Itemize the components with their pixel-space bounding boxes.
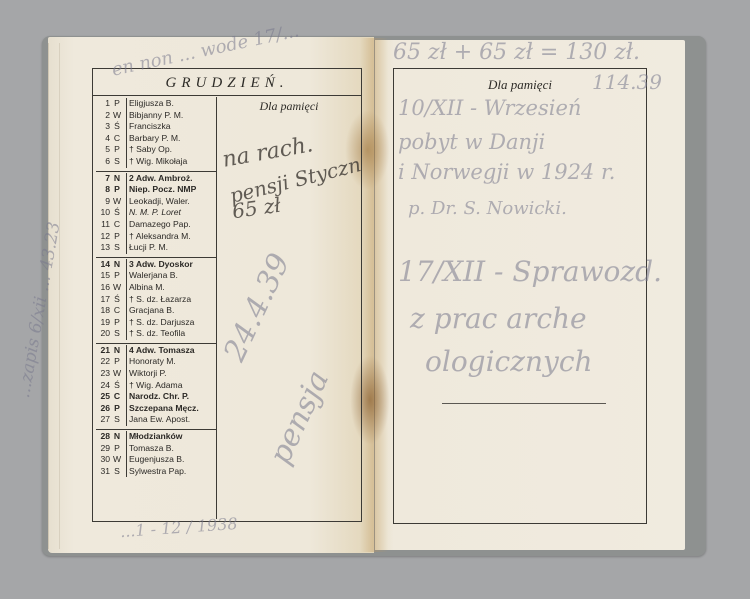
- calendar-day-row: 25CNarodz. Chr. P.: [96, 391, 216, 403]
- saint-name: † Saby Op.: [129, 144, 172, 156]
- saint-name: 2 Adw. Ambroż.: [129, 173, 193, 185]
- day-number: 1: [96, 98, 110, 110]
- calendar-day-row: 20S† S. dz. Teofila: [96, 328, 216, 340]
- column-divider: [126, 133, 127, 145]
- weekday-letter: C: [110, 219, 124, 231]
- column-divider: [126, 403, 127, 415]
- column-divider: [126, 431, 127, 443]
- weekday-letter: C: [110, 305, 124, 317]
- column-divider: [126, 184, 127, 196]
- column-divider: [126, 98, 127, 110]
- column-divider: [126, 454, 127, 466]
- saint-name: Jana Ew. Apost.: [129, 414, 190, 426]
- calendar-table: GRUDZIEŃ. 1PEligjusza B.2WBibjanny P. M.…: [92, 68, 362, 522]
- day-number: 4: [96, 133, 110, 145]
- day-number: 11: [96, 219, 110, 231]
- saint-name: Damazego Pap.: [129, 219, 191, 231]
- saint-name: Walerjana B.: [129, 270, 178, 282]
- saint-name: Łucji P. M.: [129, 242, 168, 254]
- day-number: 17: [96, 294, 110, 306]
- saint-name: Sylwestra Pap.: [129, 466, 186, 478]
- weekday-letter: S: [110, 156, 124, 168]
- day-number: 27: [96, 414, 110, 426]
- day-number: 6: [96, 156, 110, 168]
- weekday-letter: Ś: [110, 121, 124, 133]
- day-number: 22: [96, 356, 110, 368]
- day-number: 9: [96, 196, 110, 208]
- weekday-letter: P: [110, 231, 124, 243]
- saint-name: Franciszka: [129, 121, 171, 133]
- saint-name: Honoraty M.: [129, 356, 176, 368]
- calendar-day-row: 29PTomasza B.: [96, 443, 216, 455]
- calendar-day-row: 23WWiktorji P.: [96, 368, 216, 380]
- weekday-letter: S: [110, 466, 124, 478]
- day-number: 3: [96, 121, 110, 133]
- calendar-day-row: 1PEligjusza B.: [96, 98, 216, 110]
- calendar-day-row: 16WAlbina M.: [96, 282, 216, 294]
- day-number: 26: [96, 403, 110, 415]
- saint-name: Eligjusza B.: [129, 98, 174, 110]
- day-number: 16: [96, 282, 110, 294]
- weekday-letter: P: [110, 443, 124, 455]
- column-divider: [126, 282, 127, 294]
- column-divider: [126, 380, 127, 392]
- column-divider: [126, 173, 127, 185]
- weekday-letter: W: [110, 196, 124, 208]
- weekday-letter: N: [110, 345, 124, 357]
- handwriting-line4: p. Dr. S. Nowicki.: [408, 198, 567, 219]
- calendar-day-row: 18CGracjana B.: [96, 305, 216, 317]
- day-number: 5: [96, 144, 110, 156]
- saint-name: Barbary P. M.: [129, 133, 180, 145]
- calendar-day-row: 31SSylwestra Pap.: [96, 466, 216, 478]
- saint-name: Tomasza B.: [129, 443, 174, 455]
- handwriting-line7: ologicznych: [425, 345, 593, 378]
- handwriting-line3: i Norwegji w 1924 r.: [398, 160, 615, 184]
- calendar-day-row: 27SJana Ew. Apost.: [96, 414, 216, 426]
- calendar-day-row: 12P† Aleksandra M.: [96, 231, 216, 243]
- weekday-letter: W: [110, 368, 124, 380]
- calendar-day-row: 5P† Saby Op.: [96, 144, 216, 156]
- day-number: 20: [96, 328, 110, 340]
- handwriting-line1: 10/XII - Wrzesień: [398, 96, 581, 120]
- calendar-day-row: 21N4 Adw. Tomasza: [96, 345, 216, 357]
- calendar-day-row: 30WEugenjusza B.: [96, 454, 216, 466]
- saint-name: Narodz. Chr. P.: [129, 391, 189, 403]
- weekday-letter: W: [110, 454, 124, 466]
- calendar-day-row: 8PNiep. Pocz. NMP: [96, 184, 216, 196]
- weekday-letter: Ś: [110, 294, 124, 306]
- column-divider: [126, 466, 127, 478]
- saint-name: † S. dz. Teofila: [129, 328, 185, 340]
- day-number: 24: [96, 380, 110, 392]
- calendar-day-row: 6S† Wig. Mikołaja: [96, 156, 216, 168]
- weekday-letter: C: [110, 133, 124, 145]
- column-divider: [126, 207, 127, 219]
- saint-name: † S. dz. Darjusza: [129, 317, 194, 329]
- day-number: 25: [96, 391, 110, 403]
- calendar-day-row: 4CBarbary P. M.: [96, 133, 216, 145]
- weekday-letter: P: [110, 144, 124, 156]
- calendar-day-row: 3ŚFranciszka: [96, 121, 216, 133]
- saint-name: Niep. Pocz. NMP: [129, 184, 196, 196]
- column-divider: [126, 219, 127, 231]
- memo-label: Dla pamięci: [217, 99, 361, 114]
- weekday-letter: P: [110, 98, 124, 110]
- saint-name: Wiktorji P.: [129, 368, 167, 380]
- weekday-letter: P: [110, 403, 124, 415]
- weekday-letter: S: [110, 328, 124, 340]
- weekday-letter: P: [110, 356, 124, 368]
- column-divider: [126, 270, 127, 282]
- column-divider: [126, 242, 127, 254]
- calendar-day-row: 17Ś† S. dz. Łazarza: [96, 294, 216, 306]
- column-divider: [126, 345, 127, 357]
- weekday-letter: P: [110, 317, 124, 329]
- weekday-letter: W: [110, 282, 124, 294]
- saint-name: 4 Adw. Tomasza: [129, 345, 195, 357]
- weekday-letter: N: [110, 431, 124, 443]
- calendar-week: 28NMłodzianków29PTomasza B.30WEugenjusza…: [96, 430, 216, 480]
- day-number: 8: [96, 184, 110, 196]
- day-number: 29: [96, 443, 110, 455]
- column-divider: [126, 294, 127, 306]
- column-divider: [126, 231, 127, 243]
- column-divider: [126, 144, 127, 156]
- day-number: 19: [96, 317, 110, 329]
- day-number: 13: [96, 242, 110, 254]
- calendar-day-row: 10ŚN. M. P. Loret: [96, 207, 216, 219]
- calendar-day-row: 28NMłodzianków: [96, 431, 216, 443]
- weekday-letter: Ś: [110, 380, 124, 392]
- calendar-day-row: 7N2 Adw. Ambroż.: [96, 173, 216, 185]
- column-divider: [126, 391, 127, 403]
- day-number: 18: [96, 305, 110, 317]
- calendar-day-row: 2WBibjanny P. M.: [96, 110, 216, 122]
- column-divider: [126, 443, 127, 455]
- calendar-day-row: 9WLeokadji, Waler.: [96, 196, 216, 208]
- handwriting-top-sum: 65 zł + 65 zł = 130 zł.: [393, 40, 640, 65]
- weekday-letter: P: [110, 270, 124, 282]
- weekday-letter: P: [110, 184, 124, 196]
- weekday-letter: W: [110, 110, 124, 122]
- saint-name: N. M. P. Loret: [129, 207, 181, 219]
- saint-name: † Wig. Adama: [129, 380, 183, 392]
- calendar-week: 7N2 Adw. Ambroż.8PNiep. Pocz. NMP9WLeoka…: [96, 172, 216, 258]
- day-number: 28: [96, 431, 110, 443]
- calendar-day-row: 11CDamazego Pap.: [96, 219, 216, 231]
- saint-name: † Wig. Mikołaja: [129, 156, 187, 168]
- day-number: 23: [96, 368, 110, 380]
- saint-name: Albina M.: [129, 282, 165, 294]
- days-column: 1PEligjusza B.2WBibjanny P. M.3ŚFrancisz…: [96, 97, 217, 519]
- saint-name: Gracjana B.: [129, 305, 174, 317]
- column-divider: [126, 368, 127, 380]
- weekday-letter: S: [110, 414, 124, 426]
- calendar-day-row: 14N3 Adw. Dyoskor: [96, 259, 216, 271]
- column-divider: [126, 317, 127, 329]
- day-number: 14: [96, 259, 110, 271]
- column-divider: [126, 328, 127, 340]
- ink-underline: [442, 403, 606, 404]
- calendar-day-row: 15PWalerjana B.: [96, 270, 216, 282]
- saint-name: † S. dz. Łazarza: [129, 294, 191, 306]
- column-divider: [126, 305, 127, 317]
- saint-name: Szczepana Męcz.: [129, 403, 199, 415]
- saint-name: 3 Adw. Dyoskor: [129, 259, 193, 271]
- handwriting-line6: z prac arche: [410, 302, 587, 335]
- day-number: 2: [96, 110, 110, 122]
- calendar-day-row: 26PSzczepana Męcz.: [96, 403, 216, 415]
- day-number: 7: [96, 173, 110, 185]
- weekday-letter: N: [110, 259, 124, 271]
- saint-name: Leokadji, Waler.: [129, 196, 190, 208]
- calendar-week: 21N4 Adw. Tomasza22PHonoraty M.23WWiktor…: [96, 344, 216, 430]
- handwriting-line5: 17/XII - Sprawozd.: [398, 255, 662, 288]
- day-number: 30: [96, 454, 110, 466]
- calendar-day-row: 19P† S. dz. Darjusza: [96, 317, 216, 329]
- column-divider: [126, 156, 127, 168]
- handwriting-corner-note: 114.39: [592, 70, 662, 94]
- calendar-day-row: 13SŁucji P. M.: [96, 242, 216, 254]
- saint-name: Młodzianków: [129, 431, 182, 443]
- saint-name: Bibjanny P. M.: [129, 110, 183, 122]
- column-divider: [126, 414, 127, 426]
- weekday-letter: S: [110, 242, 124, 254]
- calendar-week: 14N3 Adw. Dyoskor15PWalerjana B.16WAlbin…: [96, 258, 216, 344]
- handwriting-line2: pobyt w Danji: [398, 130, 545, 154]
- day-number: 21: [96, 345, 110, 357]
- day-number: 10: [96, 207, 110, 219]
- calendar-day-row: 22PHonoraty M.: [96, 356, 216, 368]
- column-divider: [126, 196, 127, 208]
- column-divider: [126, 356, 127, 368]
- weekday-letter: C: [110, 391, 124, 403]
- day-number: 31: [96, 466, 110, 478]
- day-number: 15: [96, 270, 110, 282]
- saint-name: † Aleksandra M.: [129, 231, 191, 243]
- column-divider: [126, 259, 127, 271]
- calendar-week: 1PEligjusza B.2WBibjanny P. M.3ŚFrancisz…: [96, 97, 216, 172]
- weekday-letter: N: [110, 173, 124, 185]
- column-divider: [126, 110, 127, 122]
- calendar-day-row: 24Ś† Wig. Adama: [96, 380, 216, 392]
- weekday-letter: Ś: [110, 207, 124, 219]
- day-number: 12: [96, 231, 110, 243]
- column-divider: [126, 121, 127, 133]
- saint-name: Eugenjusza B.: [129, 454, 184, 466]
